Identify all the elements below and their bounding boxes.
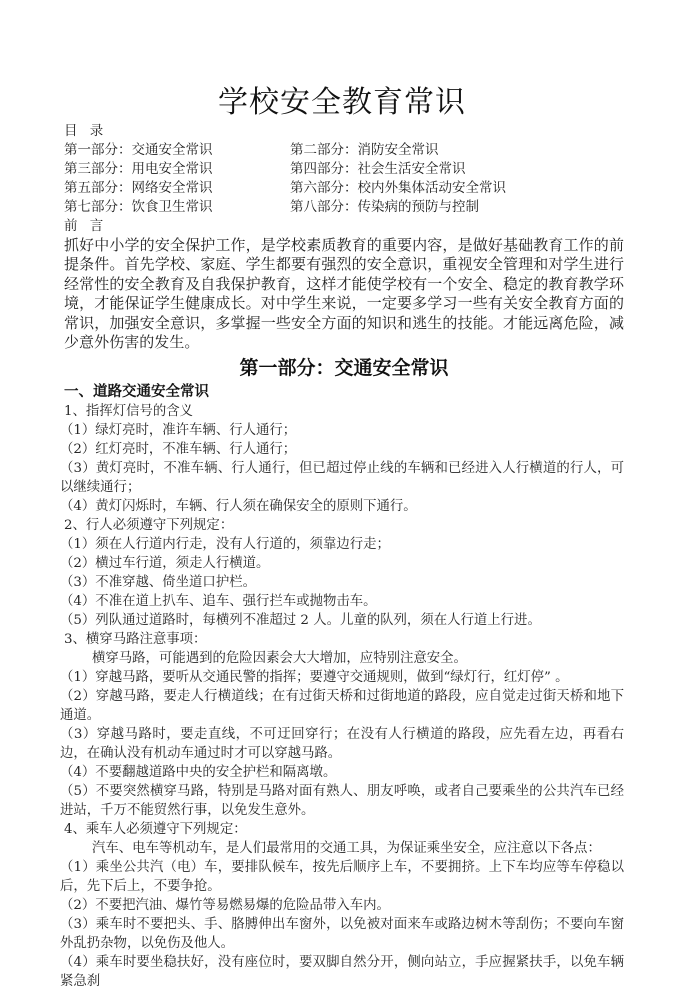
list-item: （4）不要翻越道路中央的安全护栏和隔离墩。 xyxy=(60,763,624,782)
part-heading: 第一部分：交通安全常识 xyxy=(64,356,624,380)
subheading: 1、指挥灯信号的含义 xyxy=(64,402,624,421)
toc-item-part8: 第八部分：传染病的预防与控制 xyxy=(290,198,624,217)
paragraph: 横穿马路，可能遇到的危险因素会大大增加，应特别注意安全。 xyxy=(64,649,624,668)
subheading: 2、行人必须遵守下列规定： xyxy=(64,516,624,535)
list-item: （3）不准穿越、倚坐道口护栏。 xyxy=(60,573,624,592)
section-body: 1、指挥灯信号的含义 （1）绿灯亮时，准许车辆、行人通行； （2）红灯亮时，不准… xyxy=(64,402,624,991)
toc-label: 目 录 xyxy=(64,122,624,141)
list-item: （1）须在人行道内行走，没有人行道的，须靠边行走； xyxy=(60,535,624,554)
list-item: （2）红灯亮时，不准车辆、行人通行； xyxy=(60,440,624,459)
document-title: 学校安全教育常识 xyxy=(60,84,624,122)
list-item: （5）不要突然横穿马路，特别是马路对面有熟人、朋友呼唤，或者自己要乘坐的公共汽车… xyxy=(60,782,624,820)
toc-item-part7: 第七部分：饮食卫生常识 xyxy=(64,198,290,217)
list-item: （2）不要把汽油、爆竹等易燃易爆的危险品带入车内。 xyxy=(60,896,624,915)
preface-label: 前 言 xyxy=(64,217,624,236)
list-item: （1）穿越马路，要听从交通民警的指挥；要遵守交通规则，做到“绿灯行，红灯停” 。 xyxy=(60,668,624,687)
section-heading: 一、道路交通安全常识 xyxy=(64,382,624,402)
list-item: （4）黄灯闪烁时，车辆、行人须在确保安全的原则下通行。 xyxy=(60,497,624,516)
list-item: （4）乘车时要坐稳扶好，没有座位时，要双脚自然分开，侧向站立，手应握紧扶手，以免… xyxy=(60,953,624,991)
list-item: （4）不准在道上扒车、追车、强行拦车或抛物击车。 xyxy=(60,592,624,611)
toc-item-part3: 第三部分：用电安全常识 xyxy=(64,160,290,179)
toc-item-part4: 第四部分：社会生活安全常识 xyxy=(290,160,624,179)
list-item: （2）横过车行道，须走人行横道。 xyxy=(60,554,624,573)
subheading: 3、横穿马路注意事项： xyxy=(64,630,624,649)
list-item: （3）黄灯亮时，不准车辆、行人通行，但已超过停止线的车辆和已经进入人行横道的行人… xyxy=(60,459,624,497)
list-item: （2）穿越马路，要走人行横道线；在有过街天桥和过街地道的路段，应自觉走过街天桥和… xyxy=(60,687,624,725)
toc-item-part1: 第一部分：交通安全常识 xyxy=(64,141,290,160)
document-page: 学校安全教育常识 目 录 第一部分：交通安全常识 第二部分：消防安全常识 第三部… xyxy=(64,84,624,991)
toc-item-part6: 第六部分：校内外集体活动安全常识 xyxy=(290,179,624,198)
table-of-contents: 第一部分：交通安全常识 第二部分：消防安全常识 第三部分：用电安全常识 第四部分… xyxy=(64,141,624,217)
list-item: （3）乘车时不要把头、手、胳膊伸出车窗外，以免被对面来车或路边树木等刮伤；不要向… xyxy=(60,915,624,953)
list-item: （3）穿越马路时，要走直线，不可迂回穿行；在没有人行横道的路段，应先看左边，再看… xyxy=(60,725,624,763)
list-item: （1）乘坐公共汽（电）车，要排队候车，按先后顺序上车，不要拥挤。上下车均应等车停… xyxy=(60,858,624,896)
preface-paragraph: 抓好中小学的安全保护工作，是学校素质教育的重要内容，是做好基础教育工作的前提条件… xyxy=(64,236,624,352)
subheading: 4、乘车人必须遵守下列规定： xyxy=(64,820,624,839)
list-item: （1）绿灯亮时，准许车辆、行人通行； xyxy=(60,421,624,440)
paragraph: 汽车、电车等机动车，是人们最常用的交通工具，为保证乘坐安全，应注意以下各点： xyxy=(64,839,624,858)
toc-item-part5: 第五部分：网络安全常识 xyxy=(64,179,290,198)
list-item: （5）列队通过道路时，每横列不准超过 2 人。儿童的队列，须在人行道上行进。 xyxy=(60,611,624,630)
toc-item-part2: 第二部分：消防安全常识 xyxy=(290,141,624,160)
